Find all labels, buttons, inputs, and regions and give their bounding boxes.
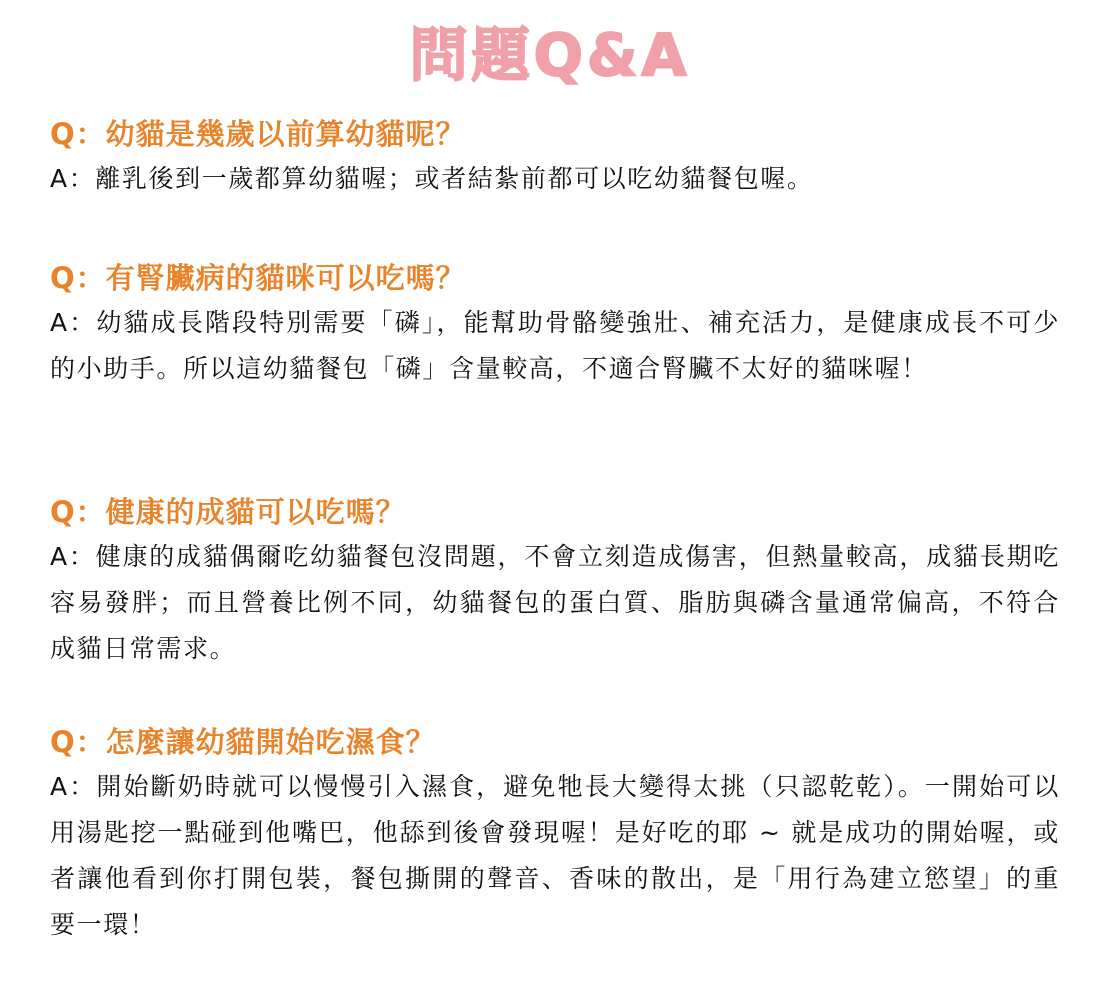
qa-item-1: Q：幼貓是幾歲以前算幼貓呢？ A：離乳後到一歲都算幼貓喔；或者結紮前都可以吃幼貓… [50, 114, 1060, 202]
answer-text: A：幼貓成長階段特別需要「磷」，能幫助骨骼變強壯、補充活力，是健康成長不可少的小… [50, 300, 1060, 392]
page-title: 問題Q&A [0, 8, 1100, 92]
question-text: Q：怎麼讓幼貓開始吃濕食？ [50, 722, 1060, 762]
question-text: Q：有腎臟病的貓咪可以吃嗎？ [50, 258, 1060, 298]
answer-text: A：離乳後到一歲都算幼貓喔；或者結紮前都可以吃幼貓餐包喔。 [50, 156, 1060, 202]
qa-item-2: Q：有腎臟病的貓咪可以吃嗎？ A：幼貓成長階段特別需要「磷」，能幫助骨骼變強壯、… [50, 258, 1060, 392]
qa-item-3: Q：健康的成貓可以吃嗎？ A：健康的成貓偶爾吃幼貓餐包沒問題，不會立刻造成傷害，… [50, 492, 1060, 672]
qa-item-4: Q：怎麼讓幼貓開始吃濕食？ A：開始斷奶時就可以慢慢引入濕食，避免牠長大變得太挑… [50, 722, 1060, 948]
answer-text: A：開始斷奶時就可以慢慢引入濕食，避免牠長大變得太挑（只認乾乾）。一開始可以用湯… [50, 764, 1060, 948]
question-text: Q：幼貓是幾歲以前算幼貓呢？ [50, 114, 1060, 154]
answer-text: A：健康的成貓偶爾吃幼貓餐包沒問題，不會立刻造成傷害，但熱量較高，成貓長期吃容易… [50, 534, 1060, 672]
question-text: Q：健康的成貓可以吃嗎？ [50, 492, 1060, 532]
